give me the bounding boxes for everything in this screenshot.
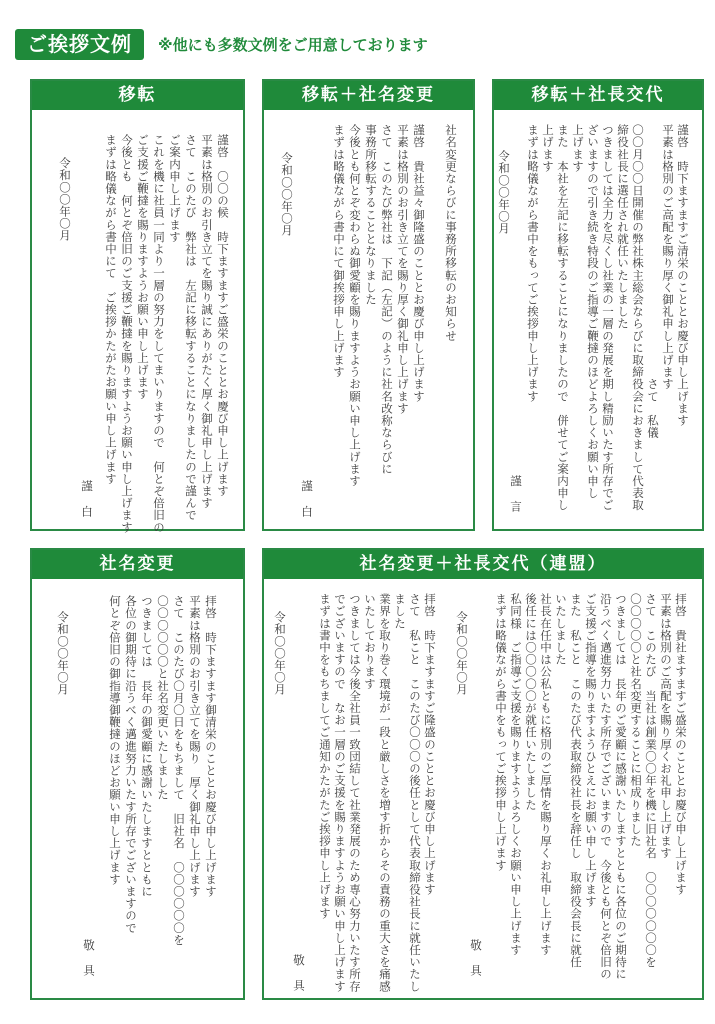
letter-line: まずは略儀ながら書中をもってご挨拶申し上げます xyxy=(493,593,509,871)
letter-line: 私同様 ご指導ご支援を賜りますようよろしくお願い申し上げます xyxy=(508,593,524,956)
letter-line: 拝啓 時下ますますご隆盛のこととお慶び申し上げます xyxy=(422,593,438,896)
letter-closing: 謹白 xyxy=(79,480,95,531)
letter-line: 事務所移転することとなりました xyxy=(363,124,379,306)
letter-line: まずは略儀ながら書中をもってご挨拶申し上げます xyxy=(525,124,541,402)
letter-line: つきましては 長年のご愛顧に感謝いたしますとともに各位のご期待に xyxy=(613,593,629,980)
letter-line: 謹啓 貴社益々御隆盛のこととお慶び申し上げます xyxy=(411,124,427,402)
letter-line: 〇〇〇〇〇〇と社名変更いたしました xyxy=(155,595,171,801)
letter-body: 拝啓 時下ますます御清栄のこととお慶び申し上げます 平素は格別のお引き立てを賜り… xyxy=(32,579,243,998)
letter-line: ご支援ご指導を賜りますようひとえにお願い申し上げます xyxy=(583,593,599,908)
letter-line: つきましては全力を尽くし社業の一層の発展を期し精励いたす所存でご xyxy=(600,124,616,511)
letter-line: つきましては 長年の御愛顧に感謝いたしますとともに xyxy=(139,595,155,898)
letter-line: 業界を取り巻く環境が一段と厳しさを増す折からその責務の重大さを痛感 xyxy=(377,593,393,992)
letter-line: また 私こと このたび代表取締役社長を辞任し 取締役会長に就任 xyxy=(568,593,584,968)
letter-line: 各位の御期待に沿うべく邁進努力いたす所存でございますので xyxy=(123,595,139,934)
letter-line: また 本社を左記に移転することになりましたので 併せてご案内申し xyxy=(555,124,571,511)
letter-body: 謹啓 時下ますますご清栄のこととお慶び申し上げます 平素は格別のご高配を賜り厚く… xyxy=(494,110,702,529)
card-name-change: 社名変更 拝啓 時下ますます御清栄のこととお慶び申し上げます 平素は格別のお引き… xyxy=(30,548,245,1000)
letter-body: 謹啓 〇〇の候 時下ますますご盛栄のこととお慶び申し上げます 平素は格別のお引き… xyxy=(32,110,243,529)
letter-line: さて このたび〇月〇日をもちまして 旧社名 〇〇〇〇〇〇を xyxy=(171,595,187,946)
letter-line: 平素は格別のご高配を賜り厚くお礼申し上げます xyxy=(658,593,674,859)
letter-line: 平素は格別のお引き立てを賜り厚く御礼申し上げます xyxy=(395,124,411,414)
card-relocation-president-change: 移転＋社長交代 謹啓 時下ますますご清栄のこととお慶び申し上げます 平素は格別の… xyxy=(492,79,704,531)
letter-line: 平素は格別のお引き立てを賜り誠にありがたく厚く御礼申し上げます xyxy=(199,134,215,509)
card-title: 社名変更 xyxy=(32,550,243,579)
letter-date: 令和〇〇年〇月 xyxy=(55,611,71,696)
card-title: 移転＋社長交代 xyxy=(494,81,702,110)
letter-line: さて このたび弊社は 下記（左記）のように社名改称ならびに xyxy=(379,124,395,475)
section-note: ※他にも多数文例をご用意しております xyxy=(158,34,428,55)
letter-line: 何とぞ倍旧の御指導御鞭撻のほどお願い申し上げます xyxy=(107,595,123,885)
letter-line: いたしております xyxy=(362,593,378,690)
letter-line: いたしました xyxy=(553,593,569,666)
section-header: ご挨拶文例 ※他にも多数文例をご用意しております xyxy=(15,29,428,60)
letter-line: 平素は格別のご高配を賜り厚く御礼申し上げます xyxy=(660,124,676,390)
letter-body: 社名変更ならびに事務所移転のお知らせ 謹啓 貴社益々御隆盛のこととお慶び申し上げ… xyxy=(264,110,473,529)
card-title: 移転＋社名変更 xyxy=(264,81,473,110)
card-name-and-president-change-joint: 社名変更＋社長交代（連盟） 拝啓 貴社ますますご盛栄のこととお慶び申し上げます … xyxy=(262,548,704,1000)
letter-line: つきましては今後全社員一致団結して社業発展のため専心努力いたす所存 xyxy=(347,593,363,992)
letter-subject: 社名変更ならびに事務所移転のお知らせ xyxy=(443,124,459,342)
letter-line: 後任には〇〇〇〇〇が就任いたしました xyxy=(523,593,539,811)
card-title: 社名変更＋社長交代（連盟） xyxy=(264,550,702,579)
letter-line: まずは書中をもちましてご通知かたがたご挨拶申し上げます xyxy=(317,593,333,920)
letter-closing: 謹白 xyxy=(299,480,315,531)
letter-line: 謹啓 〇〇の候 時下ますますご盛栄のこととお慶び申し上げます xyxy=(215,134,231,497)
letter-line: でございますので なお一層のご支援を賜りますようお願い申し上げます xyxy=(332,593,348,992)
letter-closing: 敬具 xyxy=(291,954,307,1005)
letter-line: ました xyxy=(392,593,408,629)
letter-line: ざいますので引き続き特段のご指導ご鞭撻のほどよろしくお願い申し xyxy=(585,124,601,499)
letter-line: 上げます xyxy=(570,124,586,172)
letter-date: 令和〇〇年〇月 xyxy=(454,611,470,696)
letter-line: 拝啓 時下ますます御清栄のこととお慶び申し上げます xyxy=(203,595,219,898)
card-relocation-name-change: 移転＋社名変更 社名変更ならびに事務所移転のお知らせ 謹啓 貴社益々御隆盛のこと… xyxy=(262,79,475,531)
letter-line: さて このたび 当社は創業〇〇年を機に旧社名 〇〇〇〇〇〇〇を xyxy=(643,593,659,968)
letter-date: 令和〇〇年〇月 xyxy=(279,152,295,237)
letter-line: 沿うべく邁進努力いたす所存でございますので 今後とも何とぞ倍旧の xyxy=(598,593,614,980)
letter-date: 令和〇〇年〇月 xyxy=(496,150,512,235)
letter-line: 〇〇月〇〇日開催の弊社株主総会ならびに取締役会におきまして代表取 xyxy=(630,124,646,511)
section-title-badge: ご挨拶文例 xyxy=(15,29,144,60)
letter-closing: 敬具 xyxy=(468,939,484,990)
letter-line: さて このたび 弊社は 左記に移転することになりましたので謹んで xyxy=(183,134,199,521)
letter-line: 今後とも何とぞ変わらぬ御愛顧を賜りますようお願い申し上げます xyxy=(347,124,363,487)
card-relocation: 移転 謹啓 〇〇の候 時下ますますご盛栄のこととお慶び申し上げます 平素は格別の… xyxy=(30,79,245,531)
card-title: 移転 xyxy=(32,81,243,110)
letter-line: これを機に社員一同より一層の努力をしてまいりますので 何とぞ倍旧の xyxy=(151,134,167,533)
letter-line: さて 私こと このたび〇〇〇の後任として代表取締役社長に就任いたし xyxy=(407,593,423,992)
letter-body: 拝啓 貴社ますますご盛栄のこととお慶び申し上げます 平素は格別のご高配を賜り厚く… xyxy=(264,579,702,998)
letter-line: 今後とも 何とぞ倍旧のご支援ご鞭撻を賜りますようお願い申し上げます xyxy=(119,134,135,533)
letter-line: さて 私儀 xyxy=(645,124,661,439)
letter-line: 締役社長に選任され就任いたしました xyxy=(615,124,631,330)
letter-line: まずは略儀ながら書中にて御挨拶申し上げます xyxy=(331,124,347,378)
letter-line: 拝啓 貴社ますますご盛栄のこととお慶び申し上げます xyxy=(673,593,689,896)
letter-closing: 謹言 xyxy=(508,475,524,526)
letter-line: まずは略儀ながら書中にて ご挨拶かたがたお願い申し上げます xyxy=(103,134,119,485)
letter-line: 平素は格別のお引き立てを賜り 厚く御礼申し上げます xyxy=(187,595,203,898)
letter-line: ご支援ご鞭撻を賜りますようお願い申し上げます xyxy=(135,134,151,400)
letter-closing: 敬具 xyxy=(81,939,97,990)
letter-line: 社長在任中は公私ともに格別のご厚情を賜り厚くお礼申し上げます xyxy=(538,593,554,956)
letter-date: 令和〇〇年〇月 xyxy=(57,157,73,242)
letter-line: 〇〇〇〇〇と社名変更することに相成りました xyxy=(628,593,644,847)
letter-line: 上げます xyxy=(540,124,556,172)
letter-line: 謹啓 時下ますますご清栄のこととお慶び申し上げます xyxy=(675,124,691,427)
letter-date: 令和〇〇年〇月 xyxy=(272,611,288,696)
letter-line: ご案内申し上げます xyxy=(167,134,183,243)
